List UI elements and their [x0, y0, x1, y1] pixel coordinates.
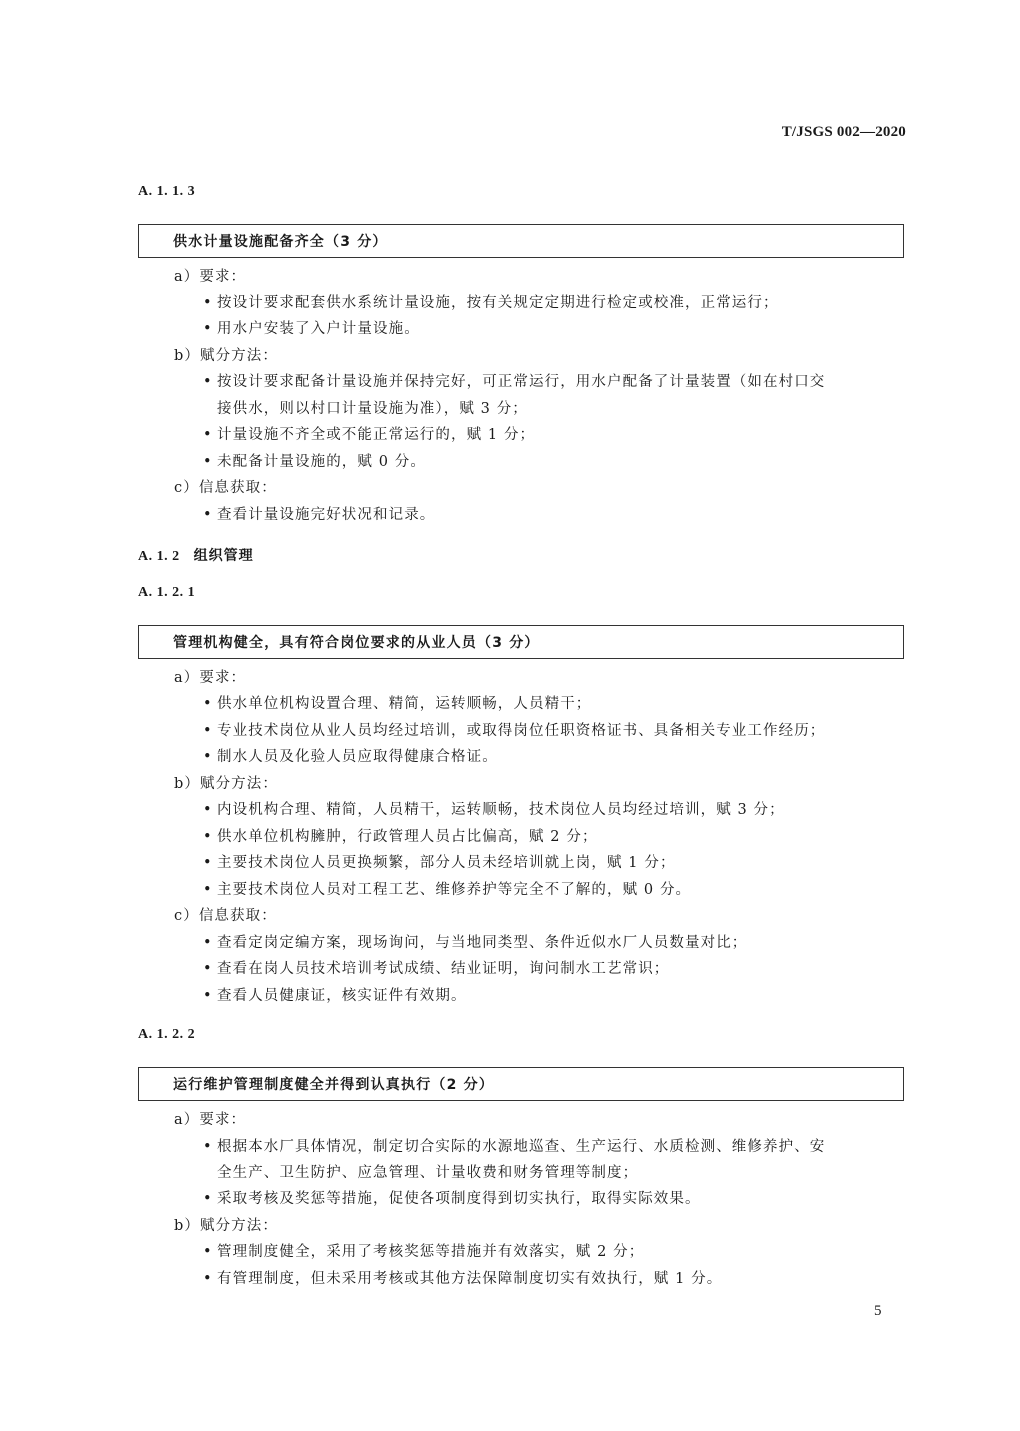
list-item: •查看在岗人员技术培训考试成绩、结业证明，询问制水工艺常识；	[203, 959, 669, 979]
list-item: •采取考核及奖惩等措施，促使各项制度得到切实执行，取得实际效果。	[203, 1189, 701, 1209]
list-item: •专业技术岗位从业人员均经过培训，或取得岗位任职资格证书、具备相关专业工作经历；	[203, 721, 825, 741]
section-heading: A. 1. 2组织管理	[138, 545, 254, 565]
list-item: •查看计量设施完好状况和记录。	[203, 505, 435, 525]
list-item-continuation: 全生产、卫生防护、应急管理、计量收费和财务管理等制度；	[217, 1163, 638, 1183]
list-item: •主要技术岗位人员对工程工艺、维修养护等完全不了解的，赋 0 分。	[203, 880, 691, 900]
list-item: •管理制度健全，采用了考核奖惩等措施并有效落实，赋 2 分；	[203, 1242, 644, 1262]
list-item: •查看定岗定编方案，现场询问，与当地同类型、条件近似水厂人员数量对比；	[203, 933, 747, 953]
scoring-label: b）赋分方法：	[174, 1216, 278, 1236]
clause-title-box: 管理机构健全，具有符合岗位要求的从业人员（3 分）	[138, 625, 904, 659]
requirements-label: a）要求：	[174, 1110, 246, 1130]
list-item: •用水户安装了入户计量设施。	[203, 319, 420, 339]
list-item: •查看人员健康证，核实证件有效期。	[203, 986, 467, 1006]
list-item: •根据本水厂具体情况，制定切合实际的水源地巡查、生产运行、水质检测、维修养护、安	[203, 1137, 825, 1157]
list-item: •供水单位机构臃肿，行政管理人员占比偏高，赋 2 分；	[203, 827, 598, 847]
clause-title-box: 供水计量设施配备齐全（3 分）	[138, 224, 904, 258]
section-number: A. 1. 1. 3	[138, 184, 195, 200]
list-item: •有管理制度，但未采用考核或其他方法保障制度切实有效执行，赋 1 分。	[203, 1269, 722, 1289]
list-item: •计量设施不齐全或不能正常运行的，赋 1 分；	[203, 425, 535, 445]
list-item: •未配备计量设施的，赋 0 分。	[203, 452, 426, 472]
info-label: c）信息获取：	[174, 478, 277, 498]
scoring-label: b）赋分方法：	[174, 346, 278, 366]
scoring-label: b）赋分方法：	[174, 774, 278, 794]
list-item: •内设机构合理、精简，人员精干，运转顺畅，技术岗位人员均经过培训，赋 3 分；	[203, 800, 785, 820]
section-number: A. 1. 2. 1	[138, 585, 195, 601]
document-code: T/JSGS 002—2020	[782, 124, 906, 141]
list-item-continuation: 接供水，则以村口计量设施为准），赋 3 分；	[217, 399, 528, 419]
list-item: •主要技术岗位人员更换频繁，部分人员未经培训就上岗，赋 1 分；	[203, 853, 676, 873]
clause-title-box: 运行维护管理制度健全并得到认真执行（2 分）	[138, 1067, 904, 1101]
requirements-label: a）要求：	[174, 267, 246, 287]
info-label: c）信息获取：	[174, 906, 277, 926]
list-item: •制水人员及化验人员应取得健康合格证。	[203, 747, 498, 767]
page-number: 5	[874, 1303, 882, 1320]
list-item: •按设计要求配备计量设施并保持完好，可正常运行，用水户配备了计量装置（如在村口交	[203, 372, 825, 392]
requirements-label: a）要求：	[174, 668, 246, 688]
list-item: •供水单位机构设置合理、精简，运转顺畅，人员精干；	[203, 694, 591, 714]
list-item: •按设计要求配套供水系统计量设施，按有关规定定期进行检定或校准，正常运行；	[203, 293, 779, 313]
section-number: A. 1. 2. 2	[138, 1027, 195, 1043]
